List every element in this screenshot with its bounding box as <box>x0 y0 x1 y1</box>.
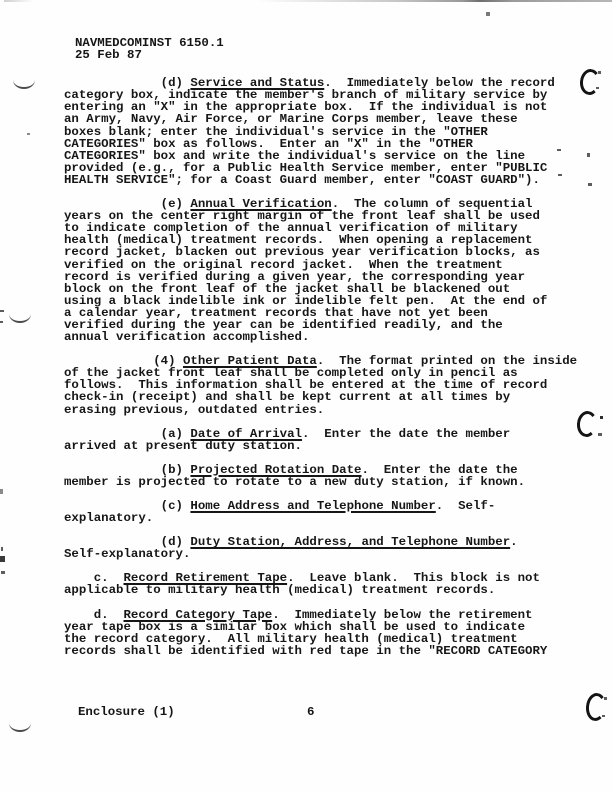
paragraph-c-record-retirement-tape: c. Record Retirement Tape. Leave blank. … <box>64 572 594 596</box>
paragraph-heading: Duty Station, Address, and Telephone Num… <box>190 535 510 549</box>
instruction-date: 25 Feb 87 <box>75 49 594 61</box>
binder-c-mark-3 <box>585 692 608 722</box>
scan-speck-right-8 <box>598 433 602 436</box>
paragraph-text: . Immediately below the record category … <box>64 76 555 187</box>
scan-speck-left-7 <box>1 571 5 574</box>
scan-speck-left-3 <box>0 321 3 323</box>
paragraph-a-date-of-arrival: (a) Date of Arrival. Enter the date the … <box>64 428 594 452</box>
page-number: 6 <box>307 706 314 718</box>
scan-speck-right-10 <box>602 715 605 717</box>
paragraph-e-annual-verification: (e) Annual Verification. The column of s… <box>64 198 594 343</box>
scan-speck-top-right <box>486 12 490 16</box>
scan-speck-left-2 <box>0 310 4 312</box>
paragraph-b-projected-rotation-date: (b) Projected Rotation Date. Enter the d… <box>64 464 594 488</box>
document-page: NAVMEDCOMINST 6150.1 25 Feb 87 (d) Servi… <box>0 0 612 792</box>
paragraph-c-home-address-telephone: (c) Home Address and Telephone Number. S… <box>64 500 594 524</box>
scan-speck-left-5 <box>1 547 3 551</box>
scan-artifact-top-edge-line <box>255 0 612 2</box>
paragraph-heading: Home Address and Telephone Number <box>190 499 435 513</box>
document-header: NAVMEDCOMINST 6150.1 25 Feb 87 <box>75 37 594 61</box>
scan-mark-left-arc-1 <box>13 78 35 89</box>
paragraph-4-other-patient-data: (4) Other Patient Data. The format print… <box>64 355 594 415</box>
instruction-number: NAVMEDCOMINST 6150.1 <box>75 37 594 49</box>
scan-speck-right-2 <box>596 87 599 89</box>
paragraph-text: . The column of sequential years on the … <box>64 197 547 344</box>
scan-speck-right-7 <box>600 416 603 419</box>
scan-speck-left-4 <box>0 489 3 494</box>
scan-mark-left-arc-3 <box>9 721 31 732</box>
scan-artifact-top-left-smudge <box>4 0 36 2</box>
enclosure-label: Enclosure (1) <box>78 706 175 718</box>
scan-speck-left-1 <box>27 133 30 135</box>
scan-mark-left-arc-2 <box>9 312 31 323</box>
paragraph-d-duty-station-address-telephone: (d) Duty Station, Address, and Telephone… <box>64 536 594 560</box>
scan-speck-left-6 <box>0 556 5 562</box>
paragraph-d-service-and-status: (d) Service and Status. Immediately belo… <box>64 77 594 186</box>
scan-speck-right-1 <box>598 71 601 74</box>
document-body: NAVMEDCOMINST 6150.1 25 Feb 87 (d) Servi… <box>64 37 594 657</box>
scan-speck-right-9 <box>604 697 607 700</box>
paragraph-d-record-category-tape: d. Record Category Tape. Immediately bel… <box>64 609 594 657</box>
